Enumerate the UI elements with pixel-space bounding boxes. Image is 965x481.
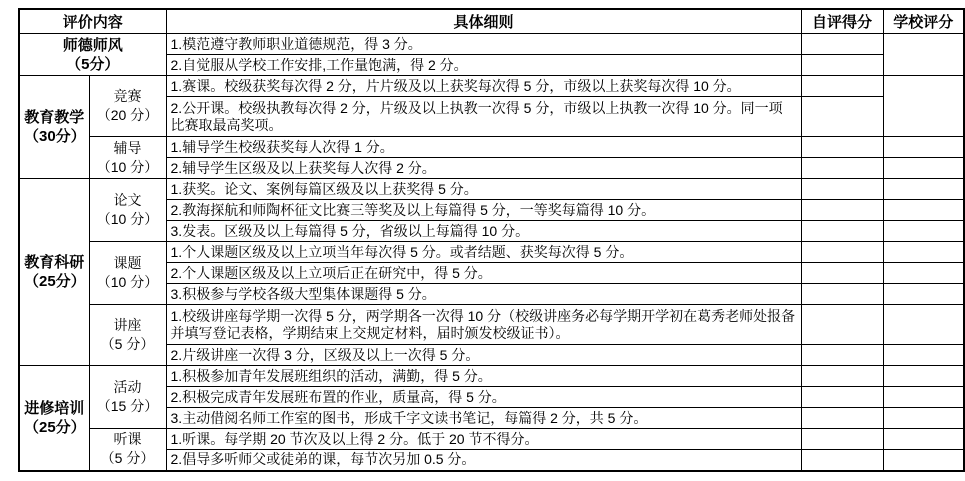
rule-cell: 2.公开课。校级执教每次得 2 分，片级及以上执教一次得 5 分，市级以上执教一… bbox=[166, 97, 801, 137]
self-score-cell[interactable] bbox=[801, 429, 883, 450]
school-score-cell[interactable] bbox=[883, 179, 964, 200]
subcategory-cell-fudao: 辅导 （10 分） bbox=[89, 137, 166, 179]
category-cell-shideshifeng: 师德师风 （5分） bbox=[19, 34, 166, 76]
school-score-cell[interactable] bbox=[883, 200, 964, 221]
category-cell-jiaoyukeyan: 教育科研 （25分） bbox=[19, 179, 89, 366]
self-score-cell[interactable] bbox=[801, 158, 883, 179]
subcategory-name: 辅导 bbox=[94, 139, 162, 158]
category-cell-jiaoyujiaoxue: 教育教学 （30分） bbox=[19, 76, 89, 179]
table-row: 讲座 （5 分） 1.校级讲座每学期一次得 5 分，两学期各一次得 10 分（校… bbox=[19, 305, 964, 345]
category-name: 教育教学 bbox=[24, 108, 85, 127]
subcategory-cell-huodong: 活动 （15 分） bbox=[89, 366, 166, 429]
rule-cell: 2.自觉服从学校工作安排,工作量饱满，得 2 分。 bbox=[166, 55, 801, 76]
rule-cell: 2.积极完成青年发展班布置的作业，质量高，得 5 分。 bbox=[166, 387, 801, 408]
school-score-cell[interactable] bbox=[883, 305, 964, 345]
school-score-cell[interactable] bbox=[883, 158, 964, 179]
subcategory-score: （20 分） bbox=[94, 106, 162, 125]
school-score-cell[interactable] bbox=[883, 263, 964, 284]
subcategory-name: 活动 bbox=[94, 378, 162, 397]
subcategory-cell-jiangzuo: 讲座 （5 分） bbox=[89, 305, 166, 366]
self-score-cell[interactable] bbox=[801, 242, 883, 263]
subcategory-score: （10 分） bbox=[94, 210, 162, 229]
rule-cell: 1.辅导学生校级获奖每人次得 1 分。 bbox=[166, 137, 801, 158]
subcategory-score: （5 分） bbox=[94, 335, 162, 354]
subcategory-cell-keti: 课题 （10 分） bbox=[89, 242, 166, 305]
self-score-cell[interactable] bbox=[801, 221, 883, 242]
header-school-score: 学校评分 bbox=[883, 9, 964, 34]
school-score-cell[interactable] bbox=[883, 76, 964, 137]
subcategory-cell-jingsai: 竞赛 （20 分） bbox=[89, 76, 166, 137]
header-evaluation-content: 评价内容 bbox=[19, 9, 166, 34]
self-score-cell[interactable] bbox=[801, 55, 883, 76]
self-score-cell[interactable] bbox=[801, 366, 883, 387]
subcategory-score: （5 分） bbox=[94, 449, 162, 468]
rule-cell: 2.片级讲座一次得 3 分，区级及以上一次得 5 分。 bbox=[166, 345, 801, 366]
rule-cell: 2.辅导学生区级及以上获奖每人次得 2 分。 bbox=[166, 158, 801, 179]
rule-cell: 3.发表。区级及以上每篇得 5 分，省级以上每篇得 10 分。 bbox=[166, 221, 801, 242]
rule-cell: 2.教海探航和师陶杯征文比赛三等奖及以上每篇得 5 分，一等奖每篇得 10 分。 bbox=[166, 200, 801, 221]
self-score-cell[interactable] bbox=[801, 387, 883, 408]
rule-cell: 2.倡导多听师父或徒弟的课，每节次另加 0.5 分。 bbox=[166, 450, 801, 471]
table-row: 听课 （5 分） 1.听课。每学期 20 节次及以上得 2 分。低于 20 节不… bbox=[19, 429, 964, 450]
category-score: （25分） bbox=[24, 418, 85, 437]
category-score: （25分） bbox=[24, 272, 85, 291]
self-score-cell[interactable] bbox=[801, 34, 883, 55]
self-score-cell[interactable] bbox=[801, 76, 883, 97]
rule-cell: 3.主动借阅名师工作室的图书，形成千字文读书笔记，每篇得 2 分，共 5 分。 bbox=[166, 408, 801, 429]
table-row: 进修培训 （25分） 活动 （15 分） 1.积极参加青年发展班组织的活动，满勤… bbox=[19, 366, 964, 387]
school-score-cell[interactable] bbox=[883, 284, 964, 305]
table-row: 教育教学 （30分） 竞赛 （20 分） 1.赛课。校级获奖每次得 2 分，片片… bbox=[19, 76, 964, 97]
self-score-cell[interactable] bbox=[801, 263, 883, 284]
self-score-cell[interactable] bbox=[801, 408, 883, 429]
rule-cell: 1.校级讲座每学期一次得 5 分，两学期各一次得 10 分（校级讲座务必每学期开… bbox=[166, 305, 801, 345]
table-row: 辅导 （10 分） 1.辅导学生校级获奖每人次得 1 分。 bbox=[19, 137, 964, 158]
self-score-cell[interactable] bbox=[801, 137, 883, 158]
self-score-cell[interactable] bbox=[801, 200, 883, 221]
school-score-cell[interactable] bbox=[883, 34, 964, 76]
rule-cell: 1.获奖。论文、案例每篇区级及以上获奖得 5 分。 bbox=[166, 179, 801, 200]
rule-cell: 1.模范遵守教师职业道德规范，得 3 分。 bbox=[166, 34, 801, 55]
self-score-cell[interactable] bbox=[801, 345, 883, 366]
evaluation-table: 评价内容 具体细则 自评得分 学校评分 师德师风 （5分） 1.模范遵守教师职业… bbox=[18, 8, 965, 472]
school-score-cell[interactable] bbox=[883, 450, 964, 471]
category-score: （5分） bbox=[24, 55, 162, 74]
document-sheet: 评价内容 具体细则 自评得分 学校评分 师德师风 （5分） 1.模范遵守教师职业… bbox=[0, 0, 965, 481]
header-self-score: 自评得分 bbox=[801, 9, 883, 34]
subcategory-name: 听课 bbox=[94, 430, 162, 449]
subcategory-score: （10 分） bbox=[94, 273, 162, 292]
subcategory-name: 竞赛 bbox=[94, 87, 162, 106]
rule-cell: 2.个人课题区级及以上立项后正在研究中，得 5 分。 bbox=[166, 263, 801, 284]
subcategory-cell-tingke: 听课 （5 分） bbox=[89, 429, 166, 471]
self-score-cell[interactable] bbox=[801, 97, 883, 137]
school-score-cell[interactable] bbox=[883, 408, 964, 429]
rule-cell: 1.个人课题区级及以上立项当年每次得 5 分。或者结题、获奖每次得 5 分。 bbox=[166, 242, 801, 263]
table-row: 师德师风 （5分） 1.模范遵守教师职业道德规范，得 3 分。 bbox=[19, 34, 964, 55]
school-score-cell[interactable] bbox=[883, 387, 964, 408]
subcategory-name: 讲座 bbox=[94, 316, 162, 335]
rule-cell: 3.积极参与学校各级大型集体课题得 5 分。 bbox=[166, 284, 801, 305]
rule-cell: 1.赛课。校级获奖每次得 2 分，片片级及以上获奖每次得 5 分，市级以上获奖每… bbox=[166, 76, 801, 97]
category-name: 进修培训 bbox=[24, 399, 85, 418]
subcategory-name: 课题 bbox=[94, 254, 162, 273]
subcategory-name: 论文 bbox=[94, 191, 162, 210]
school-score-cell[interactable] bbox=[883, 221, 964, 242]
header-details: 具体细则 bbox=[166, 9, 801, 34]
subcategory-score: （10 分） bbox=[94, 158, 162, 177]
category-name: 师德师风 bbox=[24, 36, 162, 55]
school-score-cell[interactable] bbox=[883, 366, 964, 387]
category-score: （30分） bbox=[24, 127, 85, 146]
rule-cell: 1.听课。每学期 20 节次及以上得 2 分。低于 20 节不得分。 bbox=[166, 429, 801, 450]
rule-cell: 1.积极参加青年发展班组织的活动，满勤，得 5 分。 bbox=[166, 366, 801, 387]
school-score-cell[interactable] bbox=[883, 242, 964, 263]
subcategory-score: （15 分） bbox=[94, 397, 162, 416]
category-name: 教育科研 bbox=[24, 253, 85, 272]
self-score-cell[interactable] bbox=[801, 450, 883, 471]
school-score-cell[interactable] bbox=[883, 137, 964, 158]
school-score-cell[interactable] bbox=[883, 345, 964, 366]
category-cell-jinxiupeixun: 进修培训 （25分） bbox=[19, 366, 89, 471]
self-score-cell[interactable] bbox=[801, 284, 883, 305]
self-score-cell[interactable] bbox=[801, 179, 883, 200]
table-row: 课题 （10 分） 1.个人课题区级及以上立项当年每次得 5 分。或者结题、获奖… bbox=[19, 242, 964, 263]
self-score-cell[interactable] bbox=[801, 305, 883, 345]
subcategory-cell-lunwen: 论文 （10 分） bbox=[89, 179, 166, 242]
school-score-cell[interactable] bbox=[883, 429, 964, 450]
table-row: 教育科研 （25分） 论文 （10 分） 1.获奖。论文、案例每篇区级及以上获奖… bbox=[19, 179, 964, 200]
table-header-row: 评价内容 具体细则 自评得分 学校评分 bbox=[19, 9, 964, 34]
